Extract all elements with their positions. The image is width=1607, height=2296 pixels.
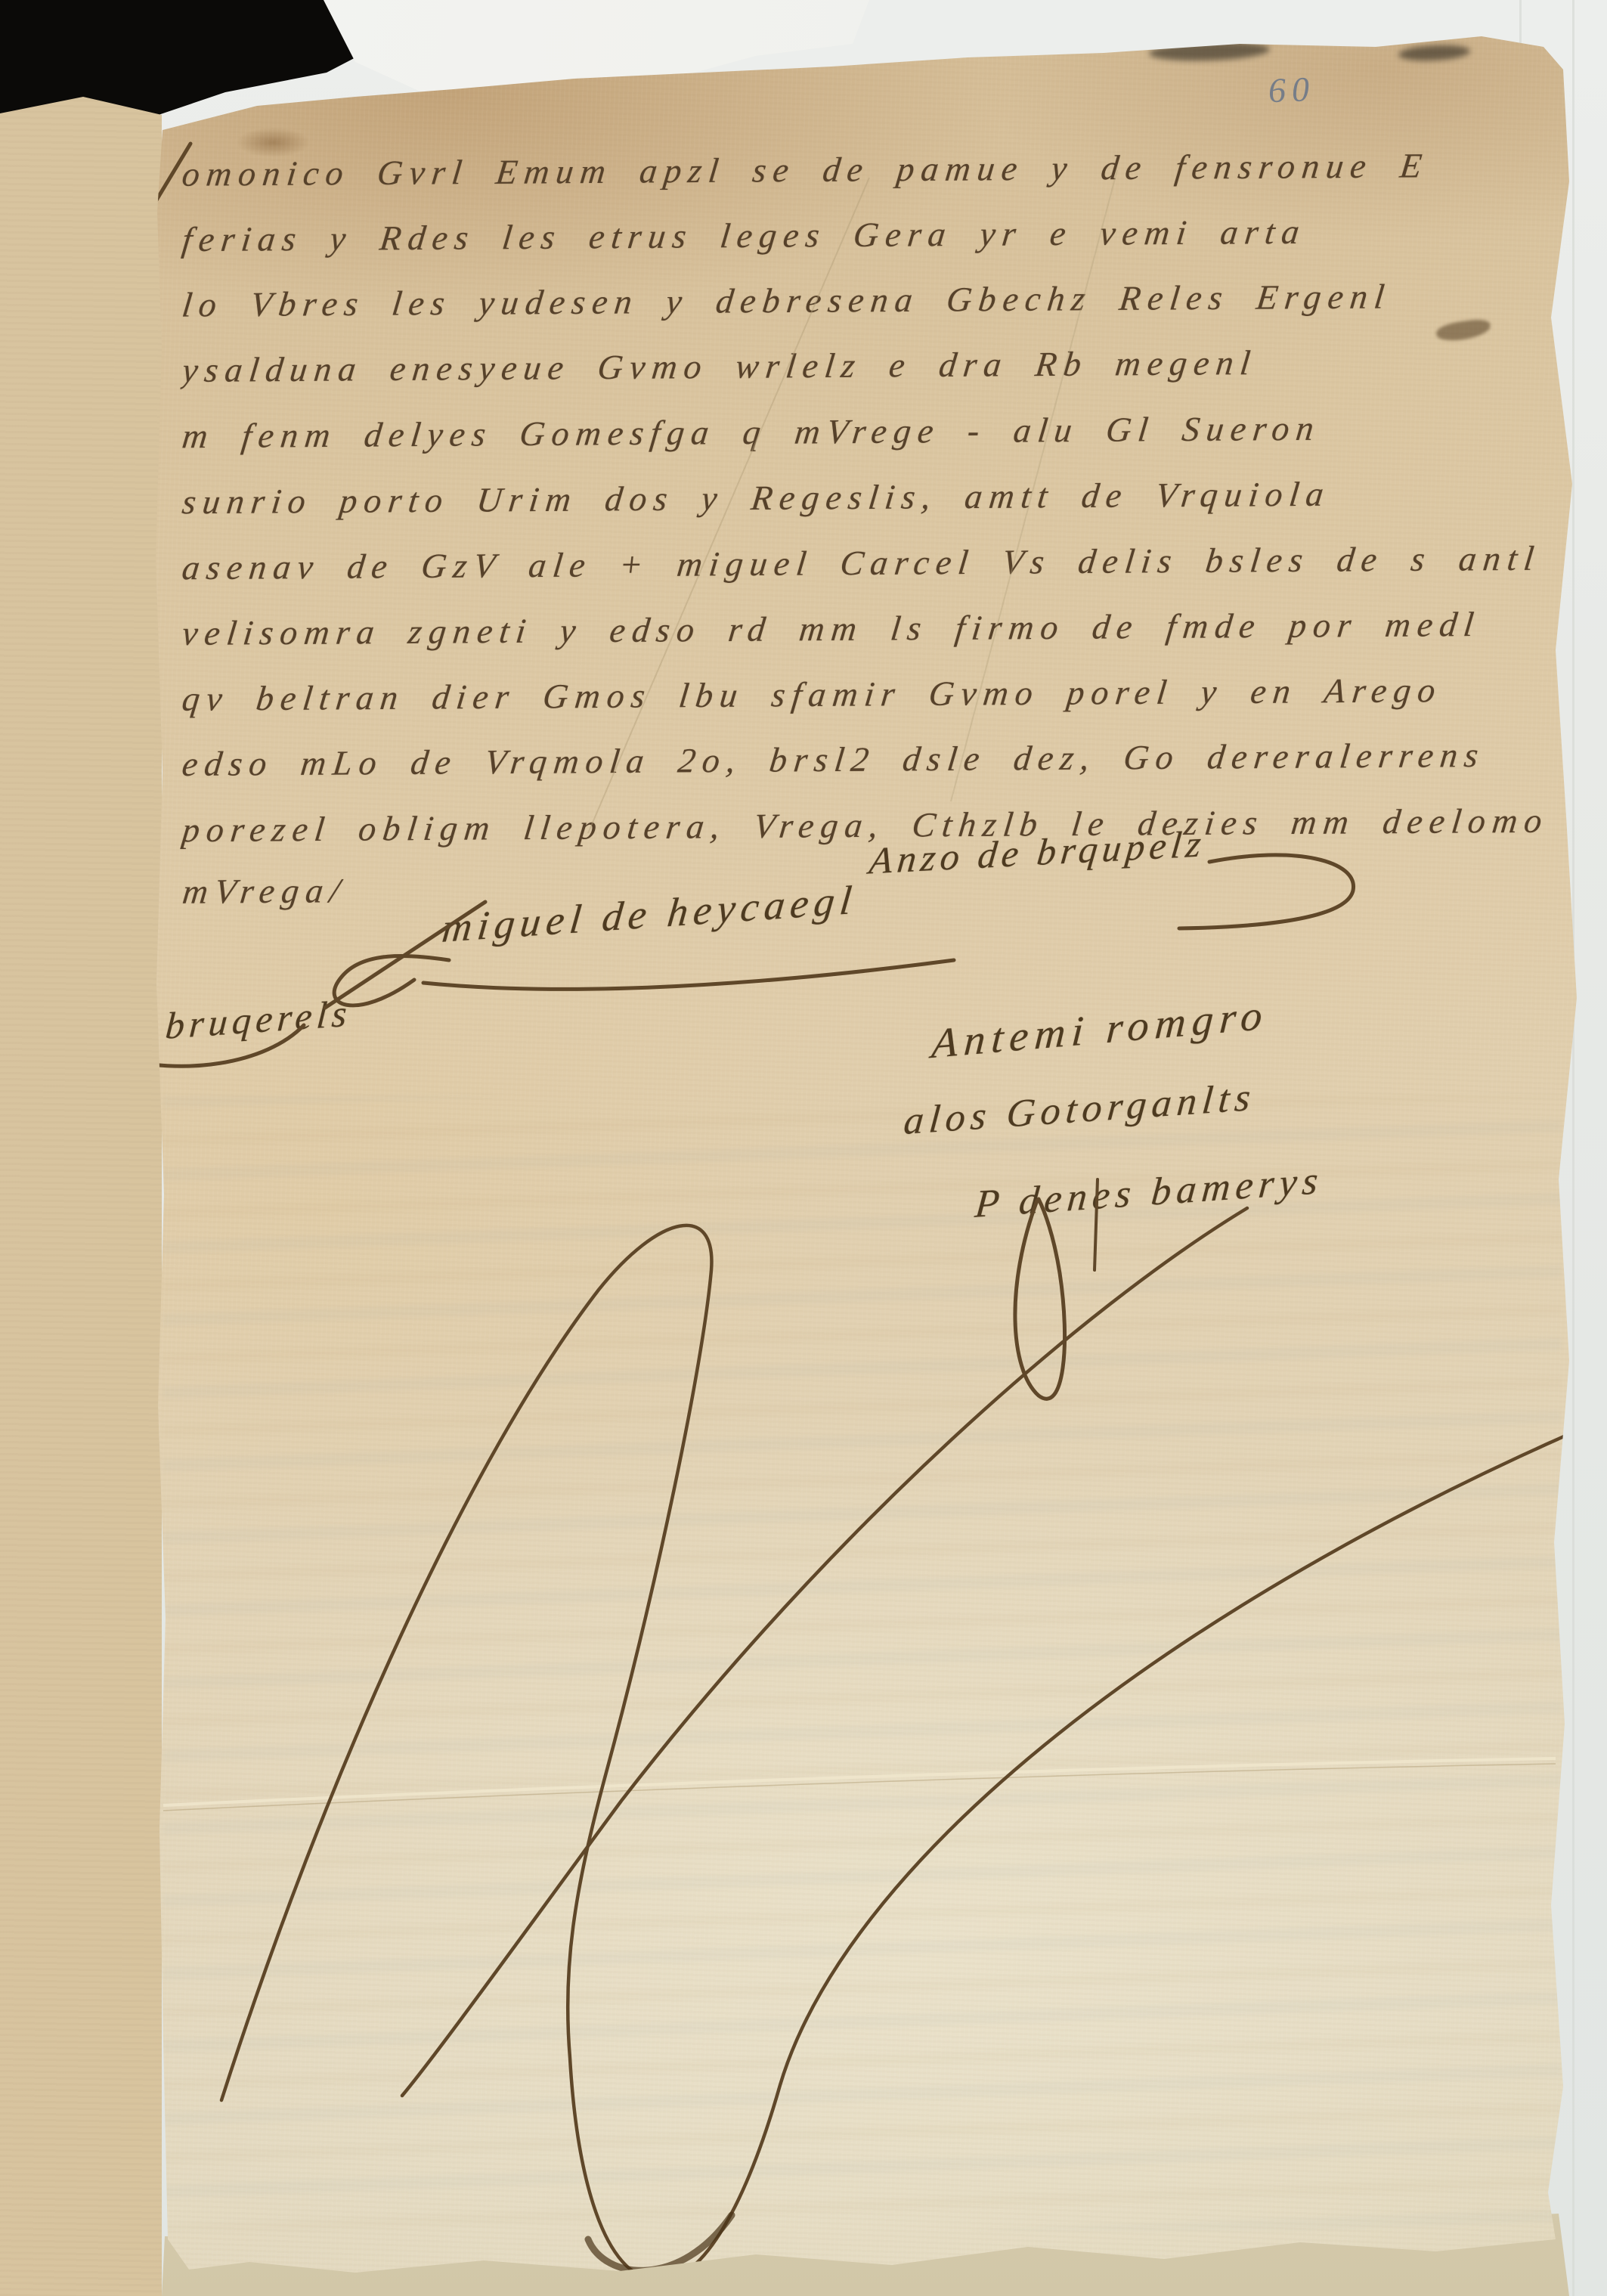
- handwritten-line: m fenm delyes Gomesfga q mVrege - alu Gl…: [180, 408, 1323, 457]
- handwritten-line: mVrega/: [181, 870, 349, 912]
- ink-show-through: [163, 1096, 1562, 2230]
- handwritten-line: qv beltran dier Gmos lbu sfamir Gvmo por…: [180, 670, 1444, 719]
- handwritten-line: ysalduna enesyeue Gvmo wrlelz e dra Rb m…: [180, 342, 1259, 390]
- handwritten-line: ferias y Rdes les etrus leges Gera yr e …: [180, 212, 1308, 259]
- folio-number: 60: [1268, 69, 1316, 110]
- manuscript-scan: dangeldm nox pel ferror Valb ylidrueba V…: [0, 0, 1607, 2296]
- handwritten-line: sunrio porto Urim dos y Regeslis, amtt d…: [180, 473, 1333, 522]
- manuscript-page: 60 omonico Gvrl Emum apzl se de pamue y …: [0, 0, 1607, 2296]
